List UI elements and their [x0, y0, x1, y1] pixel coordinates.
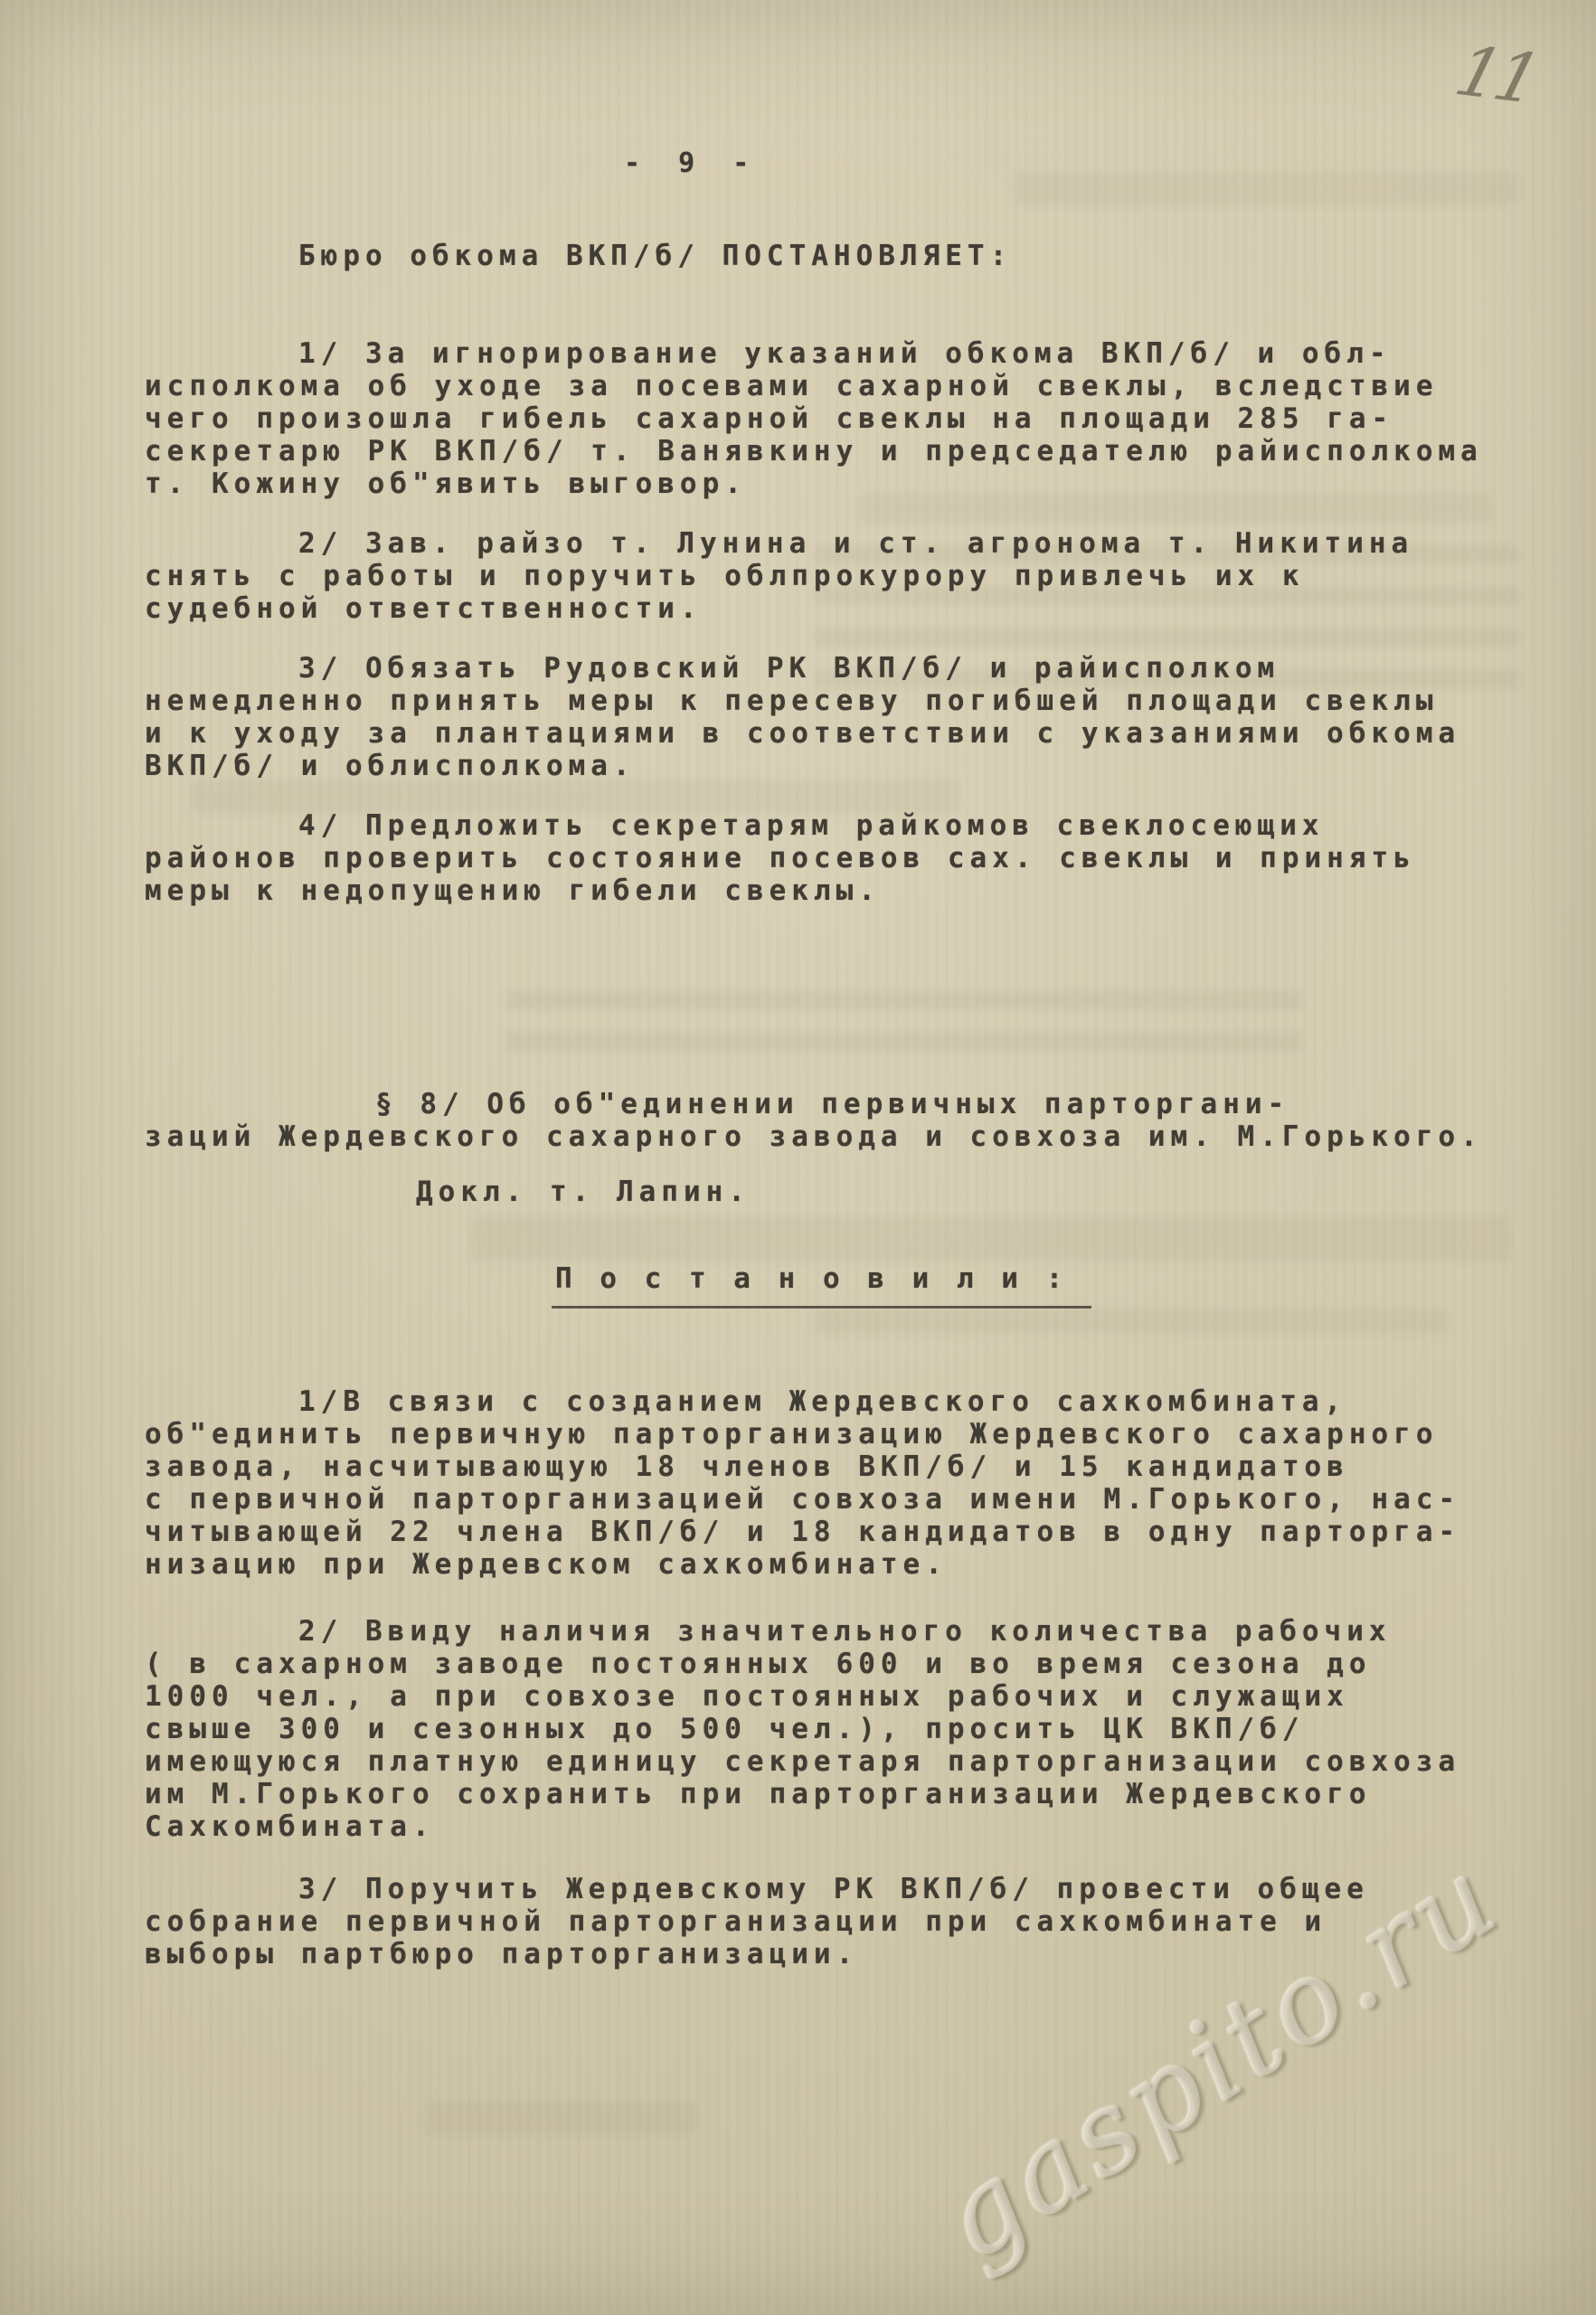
text-line: свыше 300 и сезонных до 500 чел.), проси… — [145, 1713, 1569, 1745]
handwritten-page-number: 11 — [1448, 31, 1544, 118]
text-line: им М.Горького сохранить при парторганиза… — [145, 1778, 1569, 1810]
decree-heading: Бюро обкома ВКП/б/ ПОСТАНОВЛЯЕТ: — [145, 240, 1569, 272]
text-line: чего произошла гибель сахарной свеклы на… — [145, 402, 1569, 435]
text-line: 1/ За игнорирование указаний обкома ВКП/… — [145, 337, 1569, 370]
text-line: секретарю РК ВКП/б/ т. Ванявкину и предс… — [145, 435, 1569, 468]
text-line: ВКП/б/ и облисполкома. — [145, 750, 1569, 782]
text-line: снять с работы и поручить облпрокурору п… — [145, 560, 1569, 592]
section-paragraph-1: 1/В связи с созданием Жердевского сахком… — [145, 1385, 1569, 1581]
paragraph-4: 4/ Предложить секретарям райкомов свекло… — [145, 809, 1569, 907]
bleed-through-smudge — [1013, 172, 1519, 206]
resolved-heading-text: П о с т а н о в и л и : — [552, 1262, 1091, 1309]
text-line: 4/ Предложить секретарям райкомов свекло… — [145, 809, 1569, 842]
text-line: т. Кожину об"явить выговор. — [145, 468, 1569, 500]
paragraph-2: 2/ Зав. райзо т. Лунина и ст. агронома т… — [145, 527, 1569, 625]
text-line: меры к недопущению гибели свеклы. — [145, 874, 1569, 907]
document-body: Бюро обкома ВКП/б/ ПОСТАНОВЛЯЕТ: 1/ За и… — [145, 240, 1569, 1970]
text-line: низацию при Жердевском сахкомбинате. — [145, 1548, 1569, 1581]
paragraph-1: 1/ За игнорирование указаний обкома ВКП/… — [145, 337, 1569, 500]
text-line: 2/ Ввиду наличия значительного количеств… — [145, 1615, 1569, 1648]
scanned-page: - 9 - 11 Бюро обкома ВКП/б/ ПОСТАНОВЛЯЕТ… — [0, 0, 1596, 2315]
page-number: - 9 - — [624, 147, 760, 179]
section-paragraph-2: 2/ Ввиду наличия значительного количеств… — [145, 1615, 1569, 1843]
paragraph-3: 3/ Обязать Рудовский РК ВКП/б/ и райиспо… — [145, 652, 1569, 782]
section-title-line: заций Жердевского сахарного завода и сов… — [145, 1120, 1569, 1153]
text-line: об"единить первичную парторганизацию Жер… — [145, 1418, 1569, 1450]
section-8-title: § 8/ Об об"единении первичных парторгани… — [145, 1088, 1569, 1153]
text-line: судебной ответственности. — [145, 592, 1569, 625]
text-line: имеющуюся платную единицу секретаря парт… — [145, 1745, 1569, 1778]
text-line: районов проверить состояние посевов сах.… — [145, 842, 1569, 874]
text-line: и к уходу за плантациями в соответствии … — [145, 717, 1569, 750]
section-title-line: § 8/ Об об"единении первичных парторгани… — [145, 1088, 1569, 1120]
text-line: исполкома об уходе за посевами сахарной … — [145, 370, 1569, 402]
text-line: 1000 чел., а при совхозе постоянных рабо… — [145, 1680, 1569, 1713]
text-line: с первичной парторганизацией совхоза име… — [145, 1483, 1569, 1516]
text-line: 2/ Зав. райзо т. Лунина и ст. агронома т… — [145, 527, 1569, 560]
text-line: Сахкомбината. — [145, 1810, 1569, 1843]
resolved-heading: П о с т а н о в и л и : — [145, 1262, 1569, 1309]
text-line: 3/ Обязать Рудовский РК ВКП/б/ и райиспо… — [145, 652, 1569, 685]
text-line: немедленно принять меры к пересеву погиб… — [145, 685, 1569, 717]
bleed-through-smudge — [425, 2102, 696, 2135]
text-line: завода, насчитывающую 18 членов ВКП/б/ и… — [145, 1450, 1569, 1483]
text-line: 1/В связи с созданием Жердевского сахком… — [145, 1385, 1569, 1418]
text-line: читывающей 22 члена ВКП/б/ и 18 кандидат… — [145, 1516, 1569, 1548]
speaker-line: Докл. т. Лапин. — [145, 1176, 1569, 1208]
text-line: ( в сахарном заводе постоянных 600 и во … — [145, 1648, 1569, 1680]
